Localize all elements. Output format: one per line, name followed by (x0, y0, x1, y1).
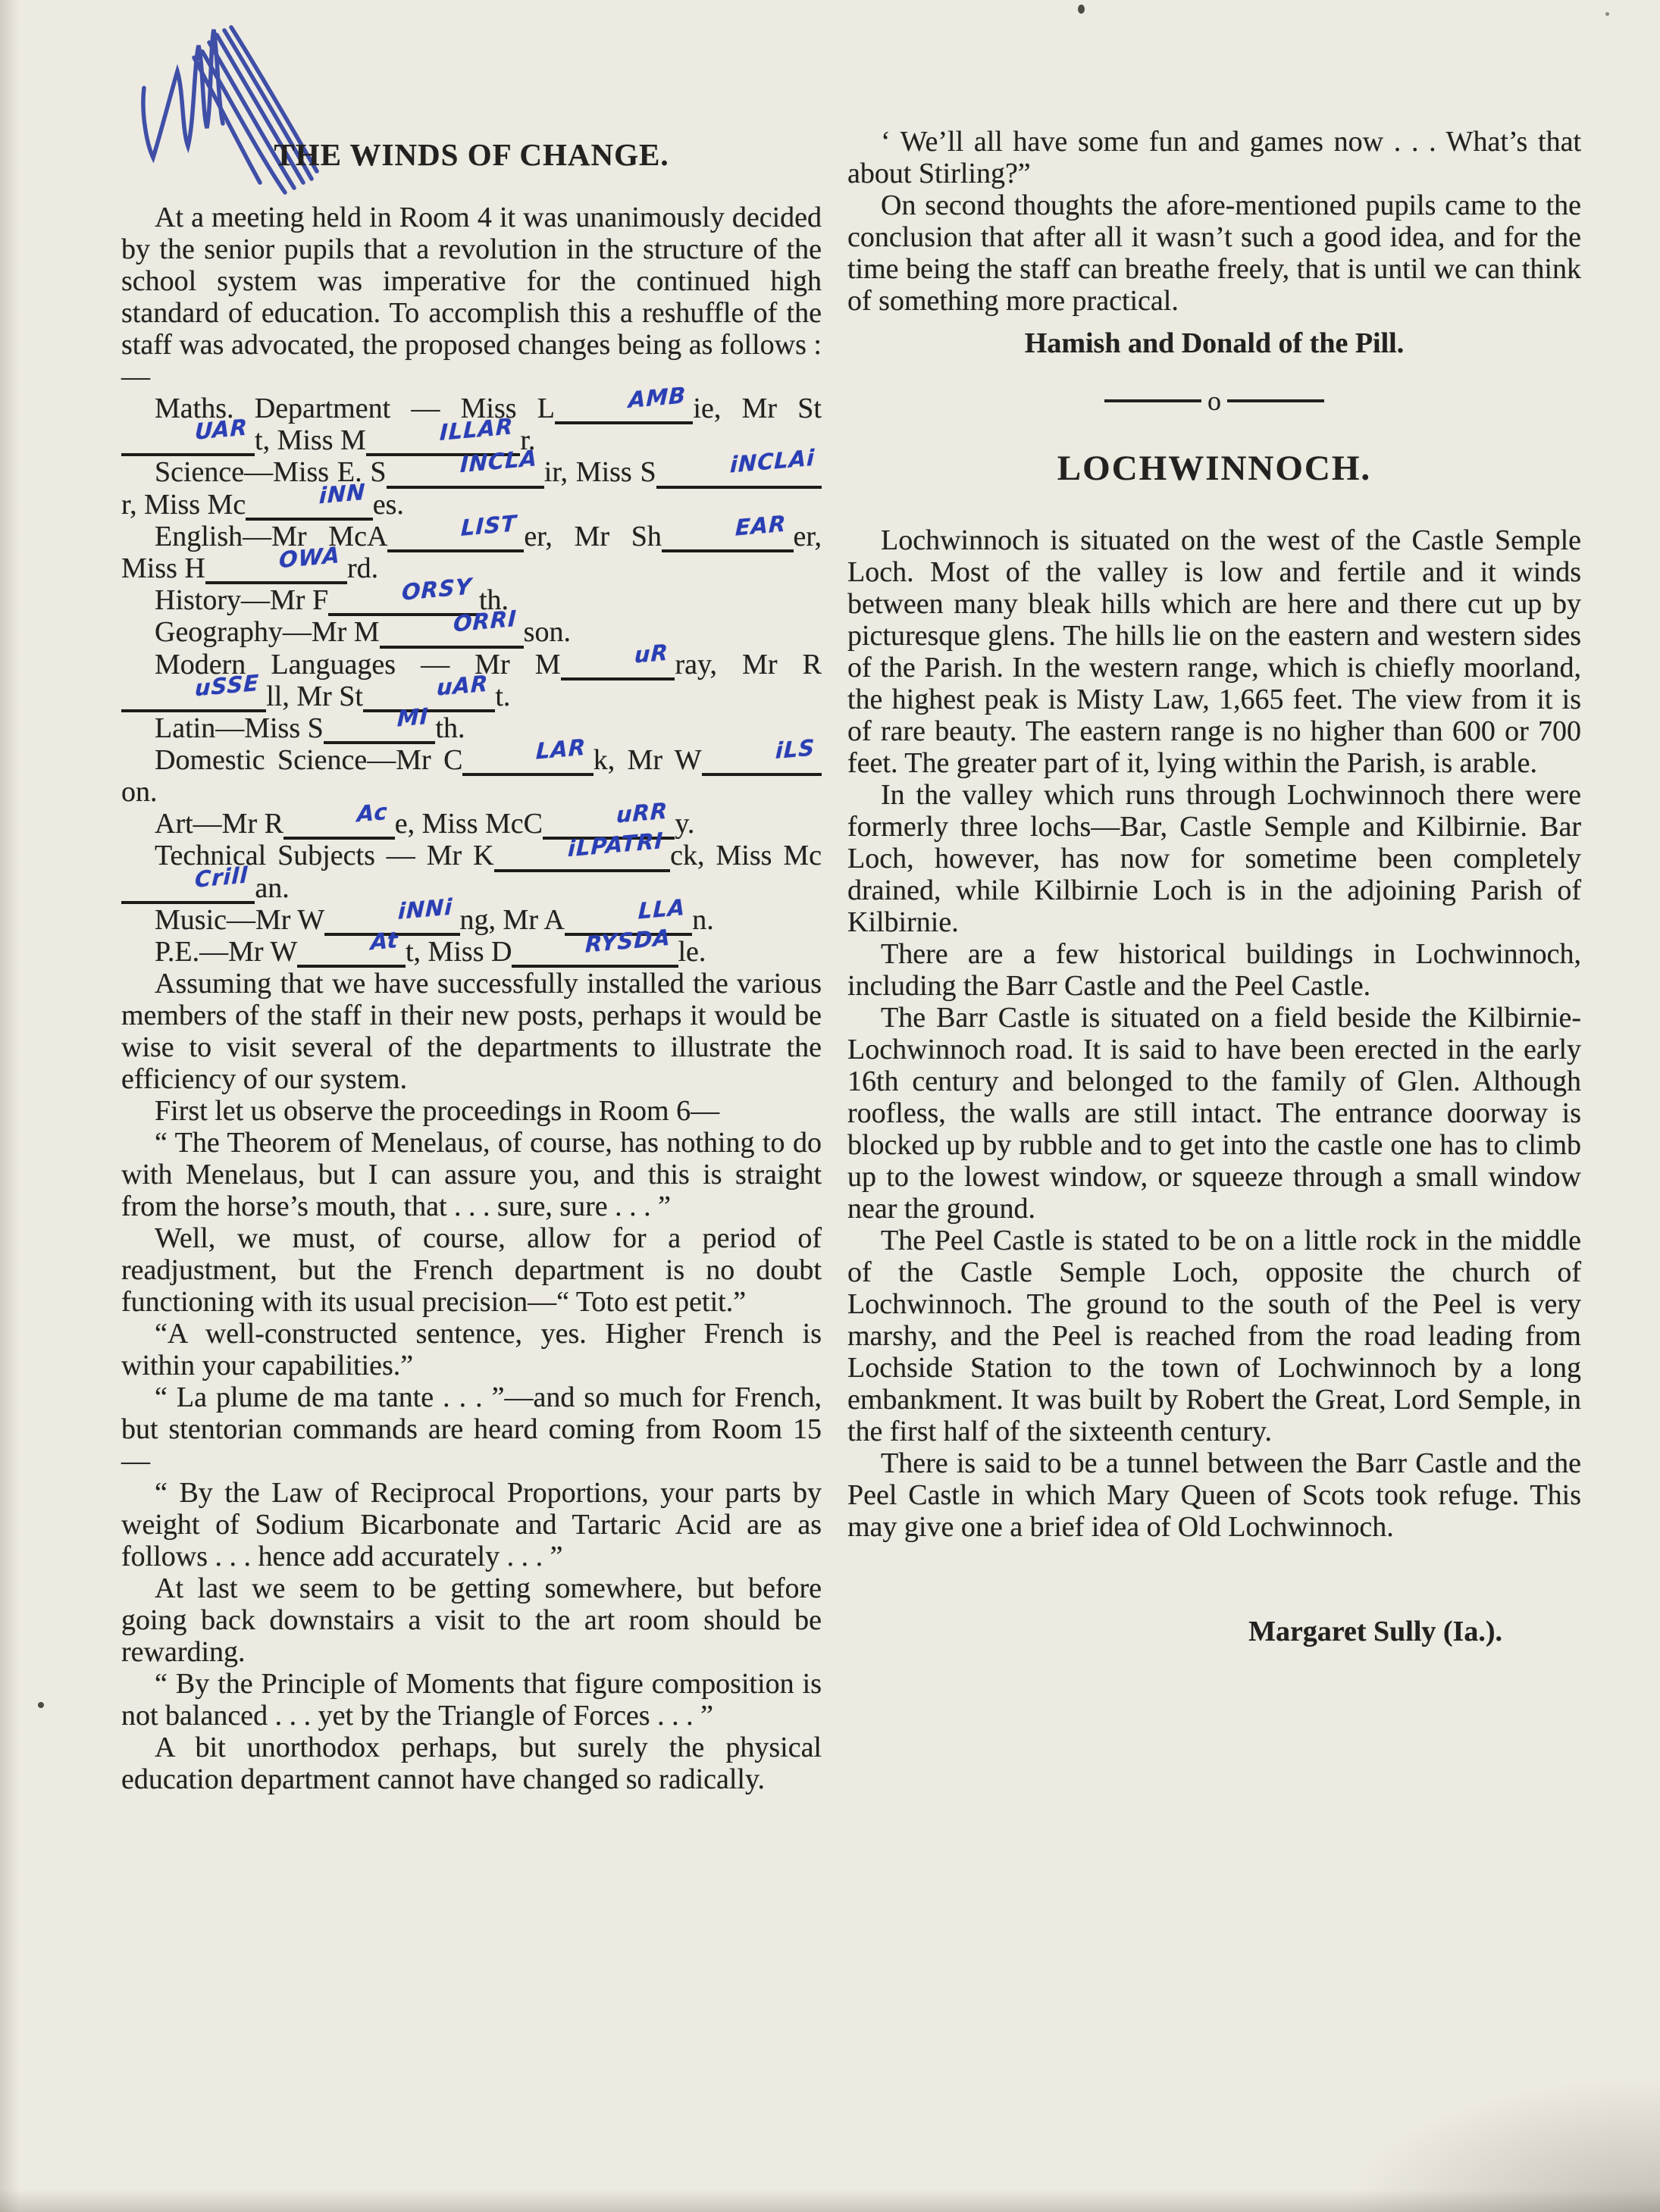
paragraph: The Peel Castle is stated to be on a lit… (847, 1225, 1581, 1447)
paragraph: There is said to be a tunnel between the… (847, 1447, 1581, 1543)
paragraph: “ By the Principle of Moments that figur… (121, 1668, 822, 1732)
blank-rule: Ac (283, 811, 395, 840)
staff-entry: P.E.—Mr WAtt, Miss DRYSDAle. (121, 936, 822, 968)
blank-rule: uSSE (121, 684, 266, 712)
left-column: THE WINDS OF CHANGE. At a meeting held i… (121, 136, 822, 1795)
handwritten-ink: Ac (324, 802, 388, 828)
blank-rule: At (297, 939, 406, 968)
staff-entry: Art—Mr RAce, Miss McCuRRy. (121, 808, 822, 840)
paragraph: Lochwinnoch is situated on the west of t… (847, 524, 1581, 779)
blank-rule: Crill (121, 875, 255, 904)
blank-rule: EAR (662, 524, 794, 552)
staff-entry: Domestic Science—Mr CLARk, Mr WiLSon. (121, 744, 822, 808)
paragraph: On second thoughts the afore-mentioned p… (847, 189, 1581, 317)
blank-rule: AMB (555, 396, 693, 424)
section-title: LOCHWINNOCH. (847, 449, 1581, 488)
blank-rule: LAR (462, 747, 593, 776)
staff-entry: Science—Miss E. SINCLAir, Miss SiNCLAir,… (121, 456, 822, 520)
paragraph: At last we seem to be getting somewhere,… (121, 1572, 822, 1668)
paragraph: “A well-constructed sentence, yes. Highe… (121, 1318, 822, 1381)
staff-entry: Latin—Miss SMIth. (121, 712, 822, 744)
scanned-page: { "page": { "paper_color": "#edeae1", "p… (0, 0, 1660, 2212)
ink-speck (1078, 5, 1085, 14)
byline-hamish-donald: Hamish and Donald of the Pill. (847, 327, 1581, 359)
staff-entry: Maths. Department — Miss LAMBie, Mr StUA… (121, 393, 822, 456)
blank-rule: ORRI (380, 619, 524, 648)
section-divider: o (847, 385, 1581, 417)
blank-rule: LIST (387, 524, 524, 552)
staff-entry: Modern Languages — Mr MuRray, Mr RuSSEll… (121, 649, 822, 712)
handwritten-ink: uSSE (161, 672, 260, 701)
paragraph: ‘ We’ll all have some fun and games now … (847, 126, 1581, 189)
handwritten-ink: OWA (246, 545, 341, 573)
blank-rule: INCLA (387, 459, 544, 488)
staff-entry: Technical Subjects — Mr KiLPATRIck, Miss… (121, 840, 822, 903)
paragraph: Well, we must, of course, allow for a pe… (121, 1222, 822, 1318)
paragraph: A bit unorthodox perhaps, but surely the… (121, 1732, 822, 1795)
paragraph: “ La plume de ma tante . . . ”—and so mu… (121, 1381, 822, 1477)
blank-rule: OWA (205, 555, 347, 584)
staff-entry: Geography—Mr MORRIson. (121, 616, 822, 648)
paragraph: Assuming that we have successfully insta… (121, 968, 822, 1095)
handwritten-ink: Crill (161, 865, 249, 892)
paragraph: “ By the Law of Reciprocal Proportions, … (121, 1477, 822, 1572)
handwritten-ink: uAR (403, 673, 489, 700)
page-corner-shadow (1342, 2076, 1660, 2212)
handwritten-ink: UAR (161, 418, 249, 445)
ink-speck (38, 1702, 44, 1708)
staff-entry: Music—Mr WiNNing, Mr ALLAn. (121, 904, 822, 936)
intro-paragraph: At a meeting held in Room 4 it was unani… (121, 202, 822, 393)
blank-rule: RYSDA (512, 939, 678, 968)
handwritten-ink: ILLAR (406, 416, 514, 446)
blank-rule: iLS (702, 747, 822, 776)
right-column: ‘ We’ll all have some fun and games now … (847, 126, 1581, 1647)
paragraph: In the valley which runs through Lochwin… (847, 779, 1581, 938)
paragraph: The Barr Castle is situated on a field b… (847, 1002, 1581, 1225)
blank-rule: MI (324, 715, 436, 744)
paragraph: There are a few historical buildings in … (847, 938, 1581, 1002)
blank-rule: uR (561, 652, 675, 680)
article-title: THE WINDS OF CHANGE. (121, 136, 822, 173)
page-edge-shading (0, 0, 20, 2212)
blank-rule: iNN (246, 492, 372, 521)
signature: Margaret Sully (Ia.). (847, 1616, 1581, 1647)
blank-rule: UAR (121, 427, 255, 456)
ink-speck (1605, 12, 1609, 16)
handwritten-ink: At (337, 930, 399, 955)
blank-rule: iNCLAi (656, 459, 822, 488)
page-bottom-shading (0, 2189, 1660, 2212)
paragraph: “ The Theorem of Menelaus, of course, ha… (121, 1127, 822, 1222)
handwritten-ink: iNN (286, 481, 366, 508)
blank-rule: iLPATRI (494, 843, 671, 871)
staff-list: Maths. Department — Miss LAMBie, Mr StUA… (121, 393, 822, 968)
paragraph: First let us observe the proceedings in … (121, 1095, 822, 1127)
